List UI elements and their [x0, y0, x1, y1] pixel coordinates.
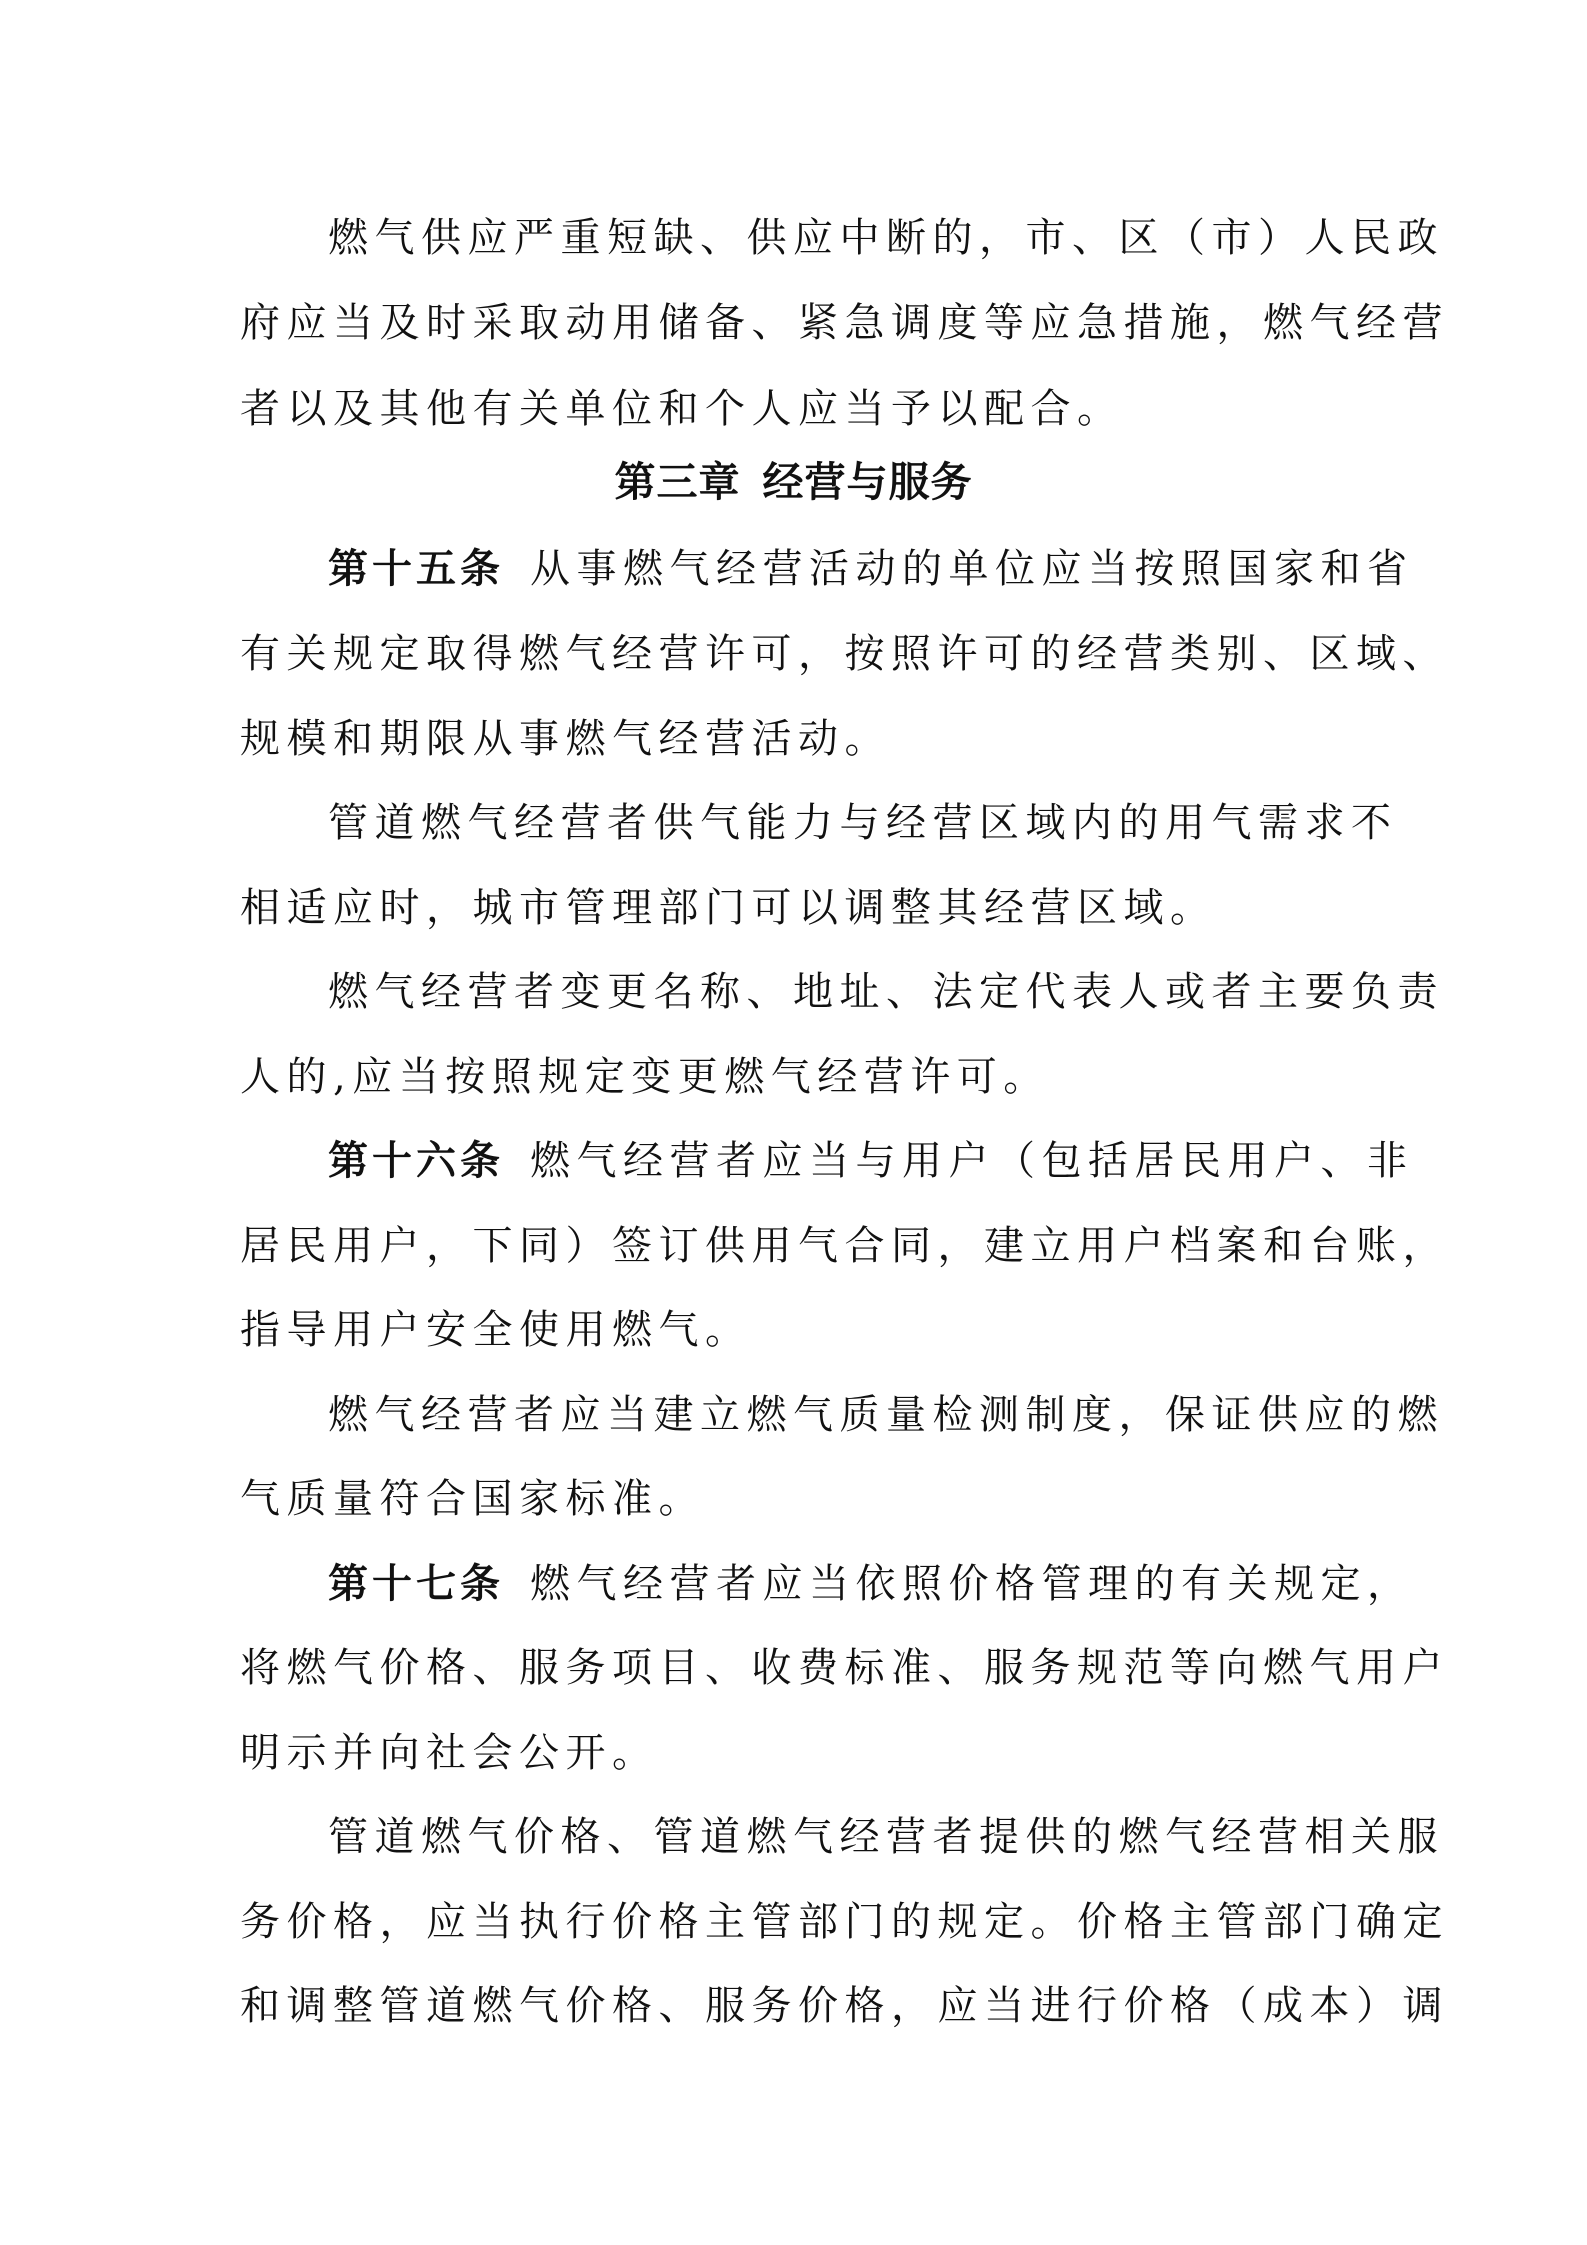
article-first-line: 第十七条燃气经营者应当依照价格管理的有关规定，: [328, 1560, 1448, 1608]
article-label: 第十五条: [328, 546, 504, 592]
article-text: 燃气经营者应当与用户（包括居民用户、非: [530, 1138, 1414, 1184]
article-text: 燃气经营者应当依照价格管理的有关规定，: [530, 1561, 1414, 1607]
paragraph-line: 务价格，应当执行价格主管部门的规定。价格主管部门确定: [240, 1898, 1360, 1946]
paragraph-line: 居民用户，下同）签订供用气合同，建立用户档案和台账，: [240, 1222, 1360, 1270]
paragraph-line: 指导用户安全使用燃气。: [240, 1306, 1360, 1354]
paragraph-line: 燃气供应严重短缺、供应中断的，市、区（市）人民政: [328, 214, 1448, 262]
paragraph-line: 管道燃气经营者供气能力与经营区域内的用气需求不: [328, 799, 1448, 847]
paragraph-line: 将燃气价格、服务项目、收费标准、服务规范等向燃气用户: [240, 1644, 1360, 1692]
chapter-title: 经营与服务: [763, 458, 973, 506]
paragraph-line: 相适应时，城市管理部门可以调整其经营区域。: [240, 884, 1360, 932]
article-label: 第十七条: [328, 1561, 504, 1607]
article-first-line: 第十六条燃气经营者应当与用户（包括居民用户、非: [328, 1137, 1448, 1185]
article-label: 第十六条: [328, 1138, 504, 1184]
paragraph-line: 和调整管道燃气价格、服务价格，应当进行价格（成本）调: [240, 1982, 1360, 2030]
article-first-line: 第十五条从事燃气经营活动的单位应当按照国家和省: [328, 545, 1448, 593]
paragraph-line: 燃气经营者应当建立燃气质量检测制度，保证供应的燃: [328, 1391, 1448, 1439]
paragraph-line: 者以及其他有关单位和个人应当予以配合。: [240, 385, 1360, 433]
paragraph-line: 气质量符合国家标准。: [240, 1475, 1360, 1523]
paragraph-line: 明示并向社会公开。: [240, 1729, 1360, 1777]
paragraph-line: 管道燃气价格、管道燃气经营者提供的燃气经营相关服: [328, 1813, 1448, 1861]
paragraph-line: 府应当及时采取动用储备、紧急调度等应急措施，燃气经营: [240, 299, 1360, 347]
paragraph-line: 规模和期限从事燃气经营活动。: [240, 715, 1360, 763]
document-page: 燃气供应严重短缺、供应中断的，市、区（市）人民政 府应当及时采取动用储备、紧急调…: [0, 0, 1587, 2245]
article-text: 从事燃气经营活动的单位应当按照国家和省: [530, 546, 1414, 592]
paragraph-line: 有关规定取得燃气经营许可，按照许可的经营类别、区域、: [240, 630, 1360, 678]
chapter-heading: 第三章经营与服务: [0, 458, 1587, 506]
paragraph-line: 人的,应当按照规定变更燃气经营许可。: [240, 1053, 1360, 1101]
paragraph-line: 燃气经营者变更名称、地址、法定代表人或者主要负责: [328, 968, 1448, 1016]
chapter-number: 第三章: [615, 458, 741, 506]
